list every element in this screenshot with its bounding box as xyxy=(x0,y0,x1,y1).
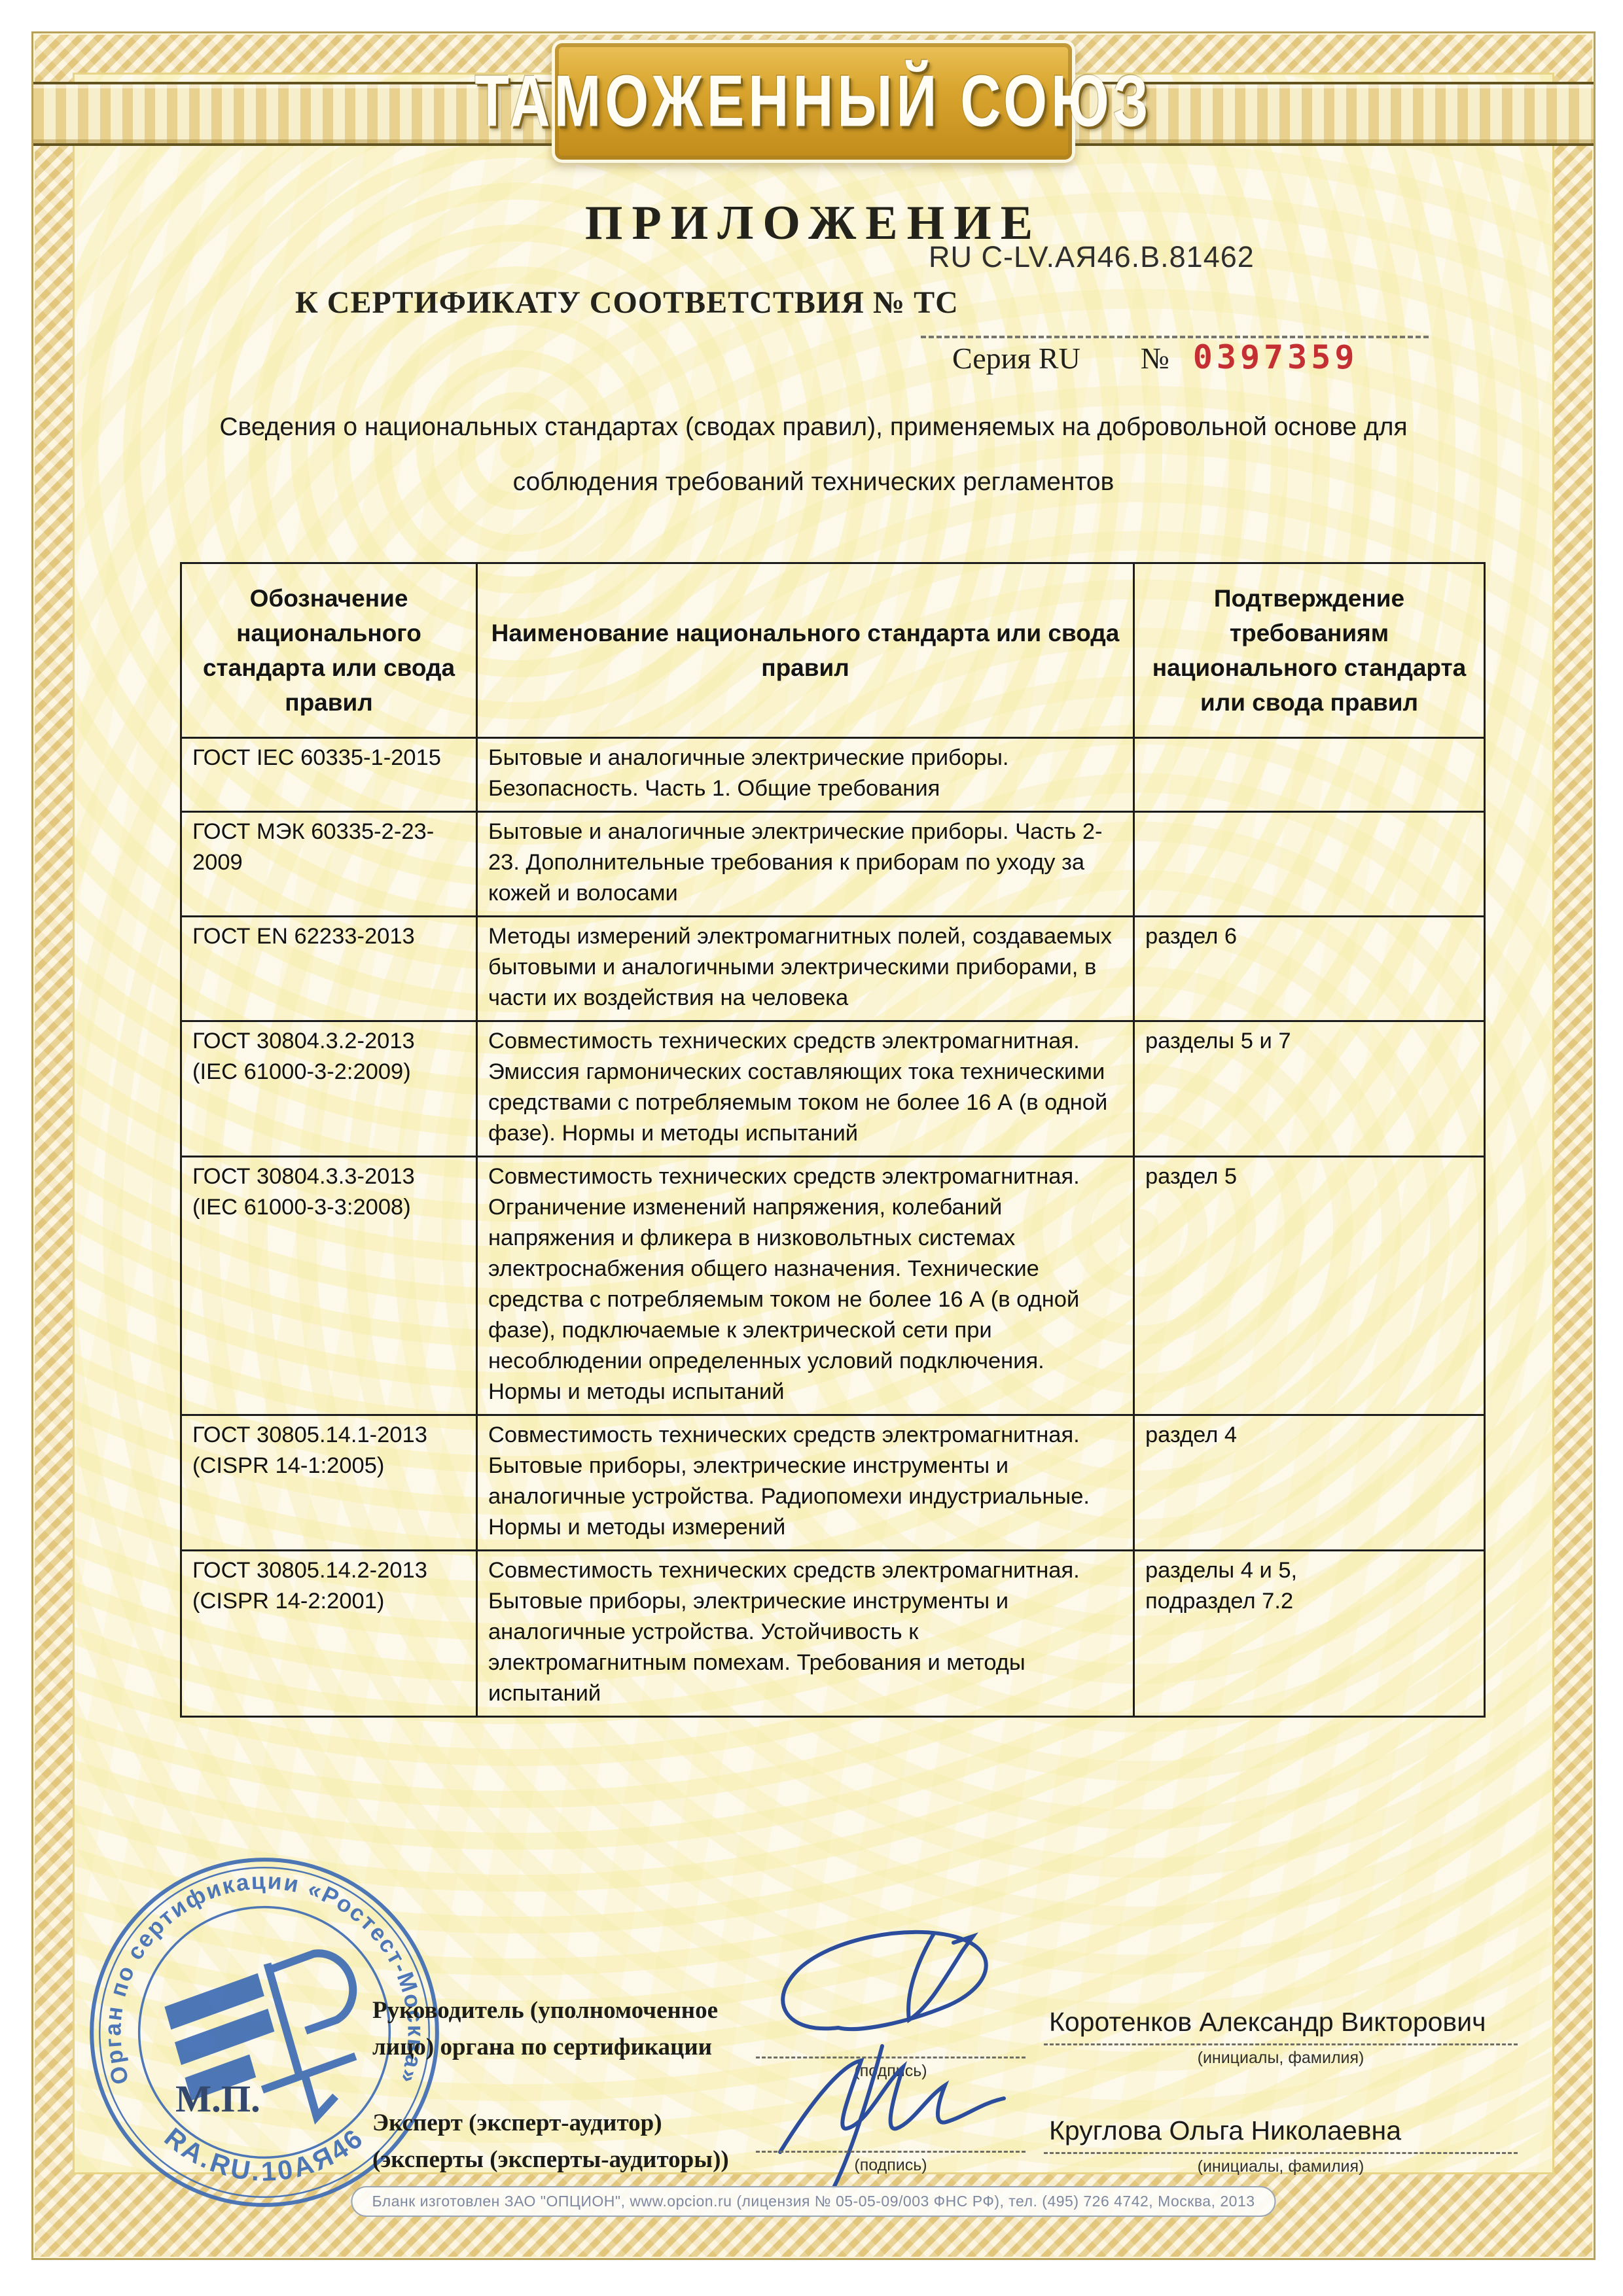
certificate-number: RU C-LV.АЯ46.В.81462 xyxy=(929,240,1255,274)
role-label-head: Руководитель (уполномоченное лицо) орган… xyxy=(372,1992,718,2066)
cell-designation: ГОСТ 30805.14.1-2013 (CISPR 14-1:2005) xyxy=(181,1415,477,1551)
cell-name: Совместимость технических средств электр… xyxy=(477,1021,1134,1157)
stamp-mp-label: М.П. xyxy=(175,2077,260,2120)
name-line xyxy=(1044,2043,1518,2045)
svg-text:RA.RU.10АЯ46: RA.RU.10АЯ46 xyxy=(159,2122,370,2187)
certificate-subtitle: К СЕРТИФИКАТУ СООТВЕТСТВИЯ № ТС xyxy=(295,285,959,321)
cell-name: Совместимость технических средств электр… xyxy=(477,1415,1134,1551)
certificate-number-underline xyxy=(921,308,1429,338)
signatory-name-2: Круглова Ольга Николаевна xyxy=(1049,2115,1401,2146)
role-expert-line1: Эксперт (эксперт-аудитор) xyxy=(372,2105,729,2142)
table-row: ГОСТ 30805.14.1-2013 (CISPR 14-1:2005) С… xyxy=(181,1415,1485,1551)
role-label-expert: Эксперт (эксперт-аудитор) (эксперты (экс… xyxy=(372,2105,729,2178)
cell-confirmation: раздел 6 xyxy=(1134,917,1485,1021)
customs-union-banner: ТАМОЖЕННЫЙ СОЮЗ xyxy=(552,40,1075,163)
cell-confirmation xyxy=(1134,812,1485,917)
name-caption: (инициалы, фамилия) xyxy=(1044,2157,1518,2176)
customs-union-banner-text: ТАМОЖЕННЫЙ СОЮЗ xyxy=(474,60,1152,144)
cell-designation: ГОСТ 30804.3.3-2013 (IEC 61000-3-3:2008) xyxy=(181,1157,477,1415)
guilloche-frame: ТАМОЖЕННЫЙ СОЮЗ ПРИЛОЖЕНИЕ К СЕРТИФИКАТУ… xyxy=(31,31,1596,2260)
serial-number: 0397359 xyxy=(1193,338,1359,376)
col-header-confirmation: Подтверждение требованиям национального … xyxy=(1134,563,1485,738)
role-head-line2: лицо) органа по сертификации xyxy=(372,2029,718,2066)
name-caption: (инициалы, фамилия) xyxy=(1044,2049,1518,2068)
cell-designation: ГОСТ 30805.14.2-2013 (CISPR 14-2:2001) xyxy=(181,1551,477,1717)
series-row: Серия RU № 0397359 xyxy=(952,338,1358,376)
table-header-row: Обозначение национального стандарта или … xyxy=(181,563,1485,738)
cell-name: Бытовые и аналогичные электрические приб… xyxy=(477,812,1134,917)
signature-caption: (подпись) xyxy=(756,2156,1026,2175)
cell-name: Методы измерений электромагнитных полей,… xyxy=(477,917,1134,1021)
cell-confirmation: разделы 5 и 7 xyxy=(1134,1021,1485,1157)
cell-confirmation: разделы 4 и 5, подраздел 7.2 xyxy=(1134,1551,1485,1717)
standards-table-wrapper: Обозначение национального стандарта или … xyxy=(180,562,1484,1718)
col-header-name: Наименование национального стандарта или… xyxy=(477,563,1134,738)
table-row: ГОСТ 30805.14.2-2013 (CISPR 14-2:2001) С… xyxy=(181,1551,1485,1717)
cell-designation: ГОСТ 30804.3.2-2013 (IEC 61000-3-2:2009) xyxy=(181,1021,477,1157)
cell-confirmation xyxy=(1134,738,1485,812)
cell-name: Бытовые и аналогичные электрические приб… xyxy=(477,738,1134,812)
cell-designation: ГОСТ МЭК 60335-2-23-2009 xyxy=(181,812,477,917)
role-expert-line2: (эксперты (эксперты-аудиторы)) xyxy=(372,2142,729,2178)
cell-designation: ГОСТ IEC 60335-1-2015 xyxy=(181,738,477,812)
stamp-accreditation-number: RA.RU.10АЯ46 xyxy=(159,2122,370,2187)
document-title: ПРИЛОЖЕНИЕ xyxy=(33,196,1594,251)
table-row: ГОСТ 30804.3.3-2013 (IEC 61000-3-3:2008)… xyxy=(181,1157,1485,1415)
cell-confirmation: раздел 4 xyxy=(1134,1415,1485,1551)
cell-designation: ГОСТ EN 62233-2013 xyxy=(181,917,477,1021)
table-row: ГОСТ МЭК 60335-2-23-2009 Бытовые и анало… xyxy=(181,812,1485,917)
signatory-name-1: Коротенков Александр Викторович xyxy=(1049,2007,1486,2038)
table-row: ГОСТ EN 62233-2013 Методы измерений элек… xyxy=(181,917,1485,1021)
col-header-designation: Обозначение национального стандарта или … xyxy=(181,563,477,738)
standards-table: Обозначение национального стандарта или … xyxy=(180,562,1486,1718)
certificate-page: ТАМОЖЕННЫЙ СОЮЗ ПРИЛОЖЕНИЕ К СЕРТИФИКАТУ… xyxy=(0,0,1623,2296)
role-head-line1: Руководитель (уполномоченное xyxy=(372,1992,718,2029)
cell-name: Совместимость технических средств электр… xyxy=(477,1157,1134,1415)
name-line xyxy=(1044,2152,1518,2154)
signature-line xyxy=(756,2151,1026,2153)
cell-confirmation: раздел 5 xyxy=(1134,1157,1485,1415)
intro-text: Сведения о национальных стандартах (свод… xyxy=(218,400,1409,510)
cell-name: Совместимость технических средств электр… xyxy=(477,1551,1134,1717)
table-row: ГОСТ IEC 60335-1-2015 Бытовые и аналогич… xyxy=(181,738,1485,812)
table-row: ГОСТ 30804.3.2-2013 (IEC 61000-3-2:2009)… xyxy=(181,1021,1485,1157)
series-label: Серия RU xyxy=(952,341,1080,376)
form-print-info: Бланк изготовлен ЗАО "ОПЦИОН", www.opcio… xyxy=(351,2186,1275,2217)
number-sign: № xyxy=(1141,341,1169,376)
